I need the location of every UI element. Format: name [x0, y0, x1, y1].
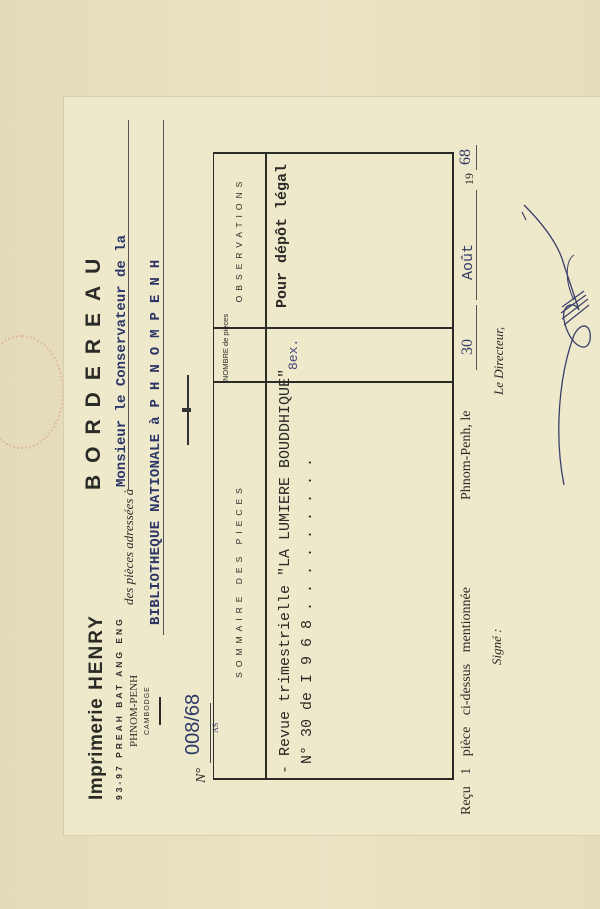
receipt-text: Reçu 1 pièce ci-dessus mentionnée: [459, 587, 475, 815]
addressee-value-1: Monsieur le Conservateur de la: [114, 235, 130, 487]
pieces-table: SOMMAIRE DES PIECES NOMBRE de pièces OBS…: [213, 152, 454, 780]
year-line: [476, 145, 477, 170]
addressee-label: des pièces adressées à: [121, 489, 137, 605]
divider: [159, 697, 161, 725]
signature-icon: [504, 195, 599, 495]
column-divider: [214, 327, 452, 329]
place-label: Phnom-Penh, le: [459, 411, 475, 500]
printer-country: CAMBODGE: [144, 686, 151, 735]
reference-label: N°: [194, 768, 210, 783]
document-title: BORDEREAU: [82, 247, 106, 490]
observations-cell: Pour dépôt légal: [274, 164, 291, 308]
date-month: Août: [460, 244, 477, 280]
bordereau-slip: ImprimerieHENRY 93-97 PREAH BAT ANG ENG …: [64, 97, 600, 835]
header-divider: [265, 154, 267, 778]
header-sommaire: SOMMAIRE DES PIECES: [234, 383, 244, 778]
day-line: [476, 305, 477, 370]
header-nombre: NOMBRE de pièces: [221, 329, 231, 381]
reference-number: 008/68: [182, 694, 205, 755]
printer-city: PHNOM-PENH: [128, 675, 140, 747]
sommaire-cell-line-1: - Revue trimestrielle "LA LUMIERE BOUDDH…: [277, 369, 294, 774]
separator-tick: [182, 408, 191, 412]
printer-name-bold: HENRY: [86, 614, 107, 690]
nombre-cell: 8ex.: [286, 339, 301, 370]
header-observations: OBSERVATIONS: [234, 152, 244, 327]
date-year-prefix: 19: [462, 173, 477, 185]
printer-name: ImprimerieHENRY: [86, 614, 108, 800]
date-year-suffix: 68: [457, 149, 475, 165]
date-day: 30: [459, 339, 477, 355]
signed-label: Signé :: [489, 629, 505, 665]
addressee-value-2: BIBLIOTHEQUE NATIONALE à P H N O M P E N…: [148, 260, 164, 625]
column-divider: [214, 381, 452, 383]
printer-address: 93-97 PREAH BAT ANG ENG: [114, 616, 124, 800]
printer-name-text: Imprimerie: [86, 698, 107, 800]
sommaire-cell-line-2: N° 30 de I 9 6 8 . . . . . . . . .: [299, 458, 316, 764]
reference-line: [210, 703, 211, 763]
